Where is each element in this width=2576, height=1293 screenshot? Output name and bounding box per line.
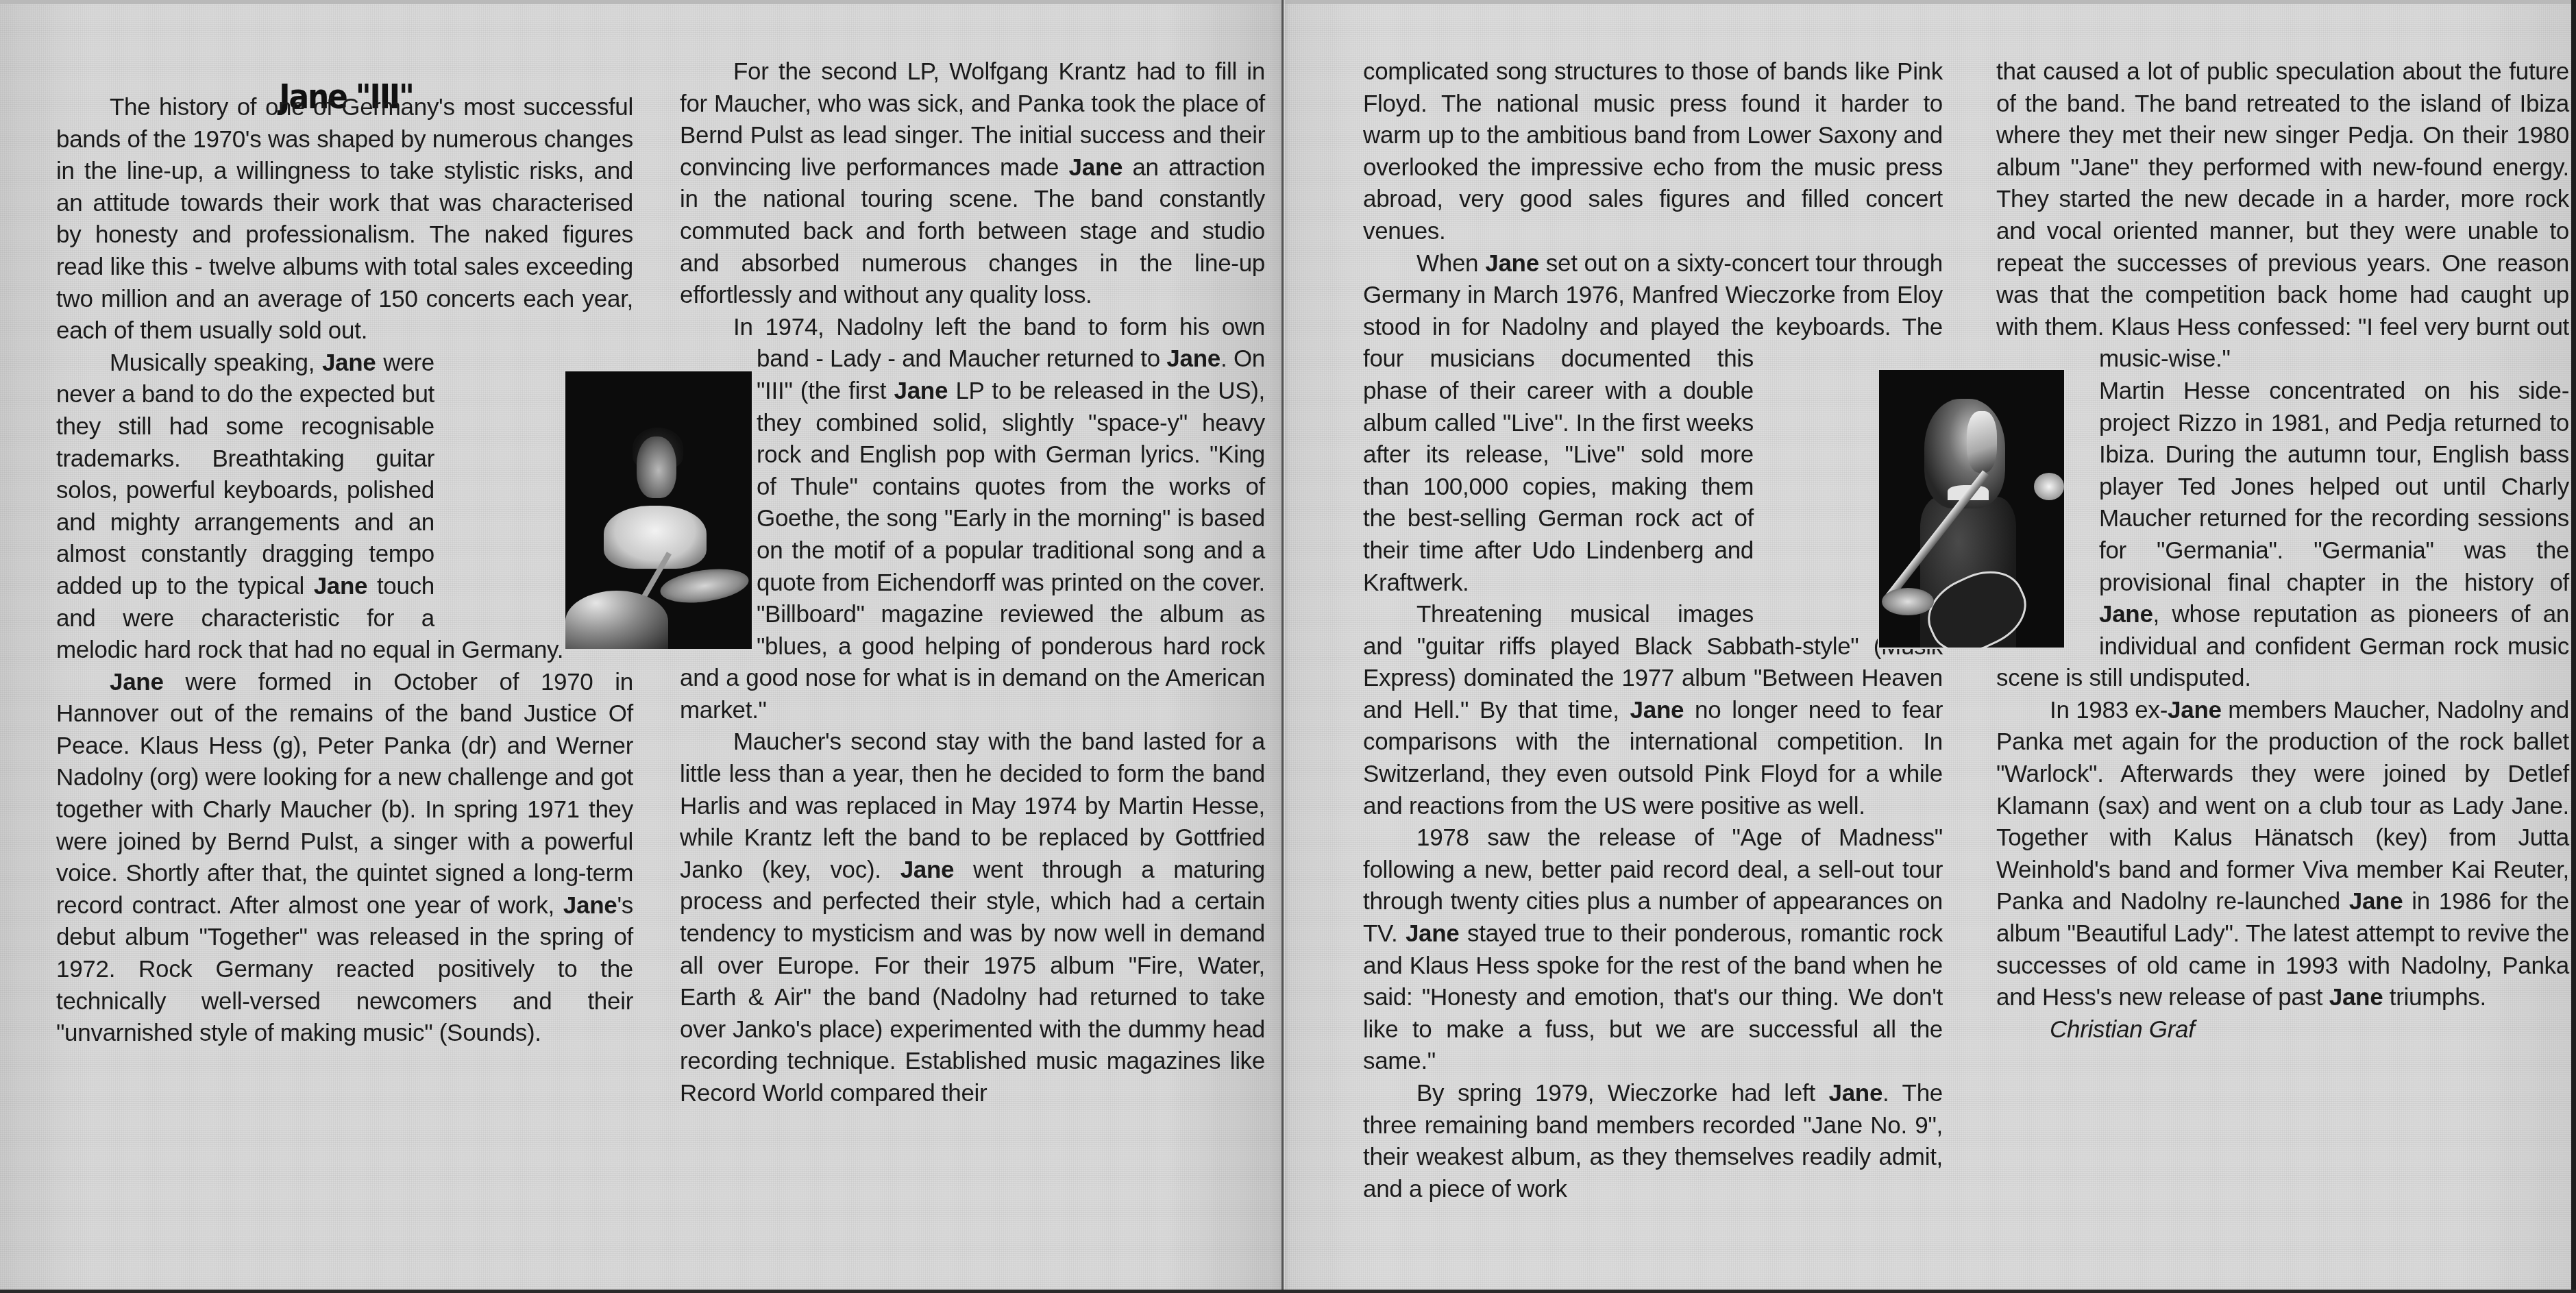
band-name: Jane: [110, 669, 164, 695]
photo-detail: [2034, 473, 2064, 500]
band-name: Jane: [894, 378, 948, 404]
paragraph: In 1983 ex-Jane members Maucher, Nadolny…: [1996, 695, 2569, 1014]
band-name: Jane: [1069, 154, 1123, 181]
text-column-2: For the second LP, Wolfgang Krantz had t…: [680, 56, 1265, 1110]
text-column-3: complicated song structures to those of …: [1363, 56, 1943, 1205]
photo-detail: [1967, 411, 1997, 473]
band-name: Jane: [2329, 984, 2383, 1011]
band-name: Jane: [1829, 1080, 1883, 1107]
band-name: Jane: [322, 349, 376, 376]
text-column-4: that caused a lot of public speculation …: [1996, 56, 2569, 1046]
photo-guitarist: [1878, 369, 2065, 649]
paragraph: For the second LP, Wolfgang Krantz had t…: [680, 56, 1265, 312]
photo-detail: [604, 506, 707, 569]
paragraph: Maucher's second stay with the band last…: [680, 726, 1265, 1109]
paragraph: The history of one of Germany's most suc…: [56, 92, 633, 347]
band-name: Jane: [563, 892, 617, 919]
paragraph: Threatening musical images and "guitar r…: [1363, 599, 1943, 822]
scan-bottom-edge: [0, 1290, 2576, 1293]
band-name: Jane: [1485, 250, 1539, 277]
center-fold: [1281, 0, 1284, 1293]
paragraph: complicated song structures to those of …: [1363, 56, 1943, 248]
scan-right-edge: [2571, 0, 2576, 1293]
photo-drummer: [564, 370, 753, 650]
page-divider: [1284, 0, 1285, 1293]
text-column-1: The history of one of Germany's most suc…: [56, 92, 633, 1050]
paragraph: In 1974, Nadolny left the band to form h…: [680, 312, 1265, 727]
photo-detail: [565, 591, 668, 650]
band-name: Jane: [1630, 697, 1684, 724]
band-name: Jane: [1166, 345, 1220, 372]
scan-top-edge: [0, 0, 2576, 4]
photo-detail: [637, 436, 676, 498]
band-name: Jane: [2099, 601, 2153, 628]
paragraph: that caused a lot of public speculation …: [1996, 56, 2569, 375]
band-name: Jane: [1406, 920, 1460, 947]
photo-detail: [1882, 588, 1934, 615]
paragraph: By spring 1979, Wieczorke had left Jane.…: [1363, 1078, 1943, 1205]
author-signature: Christian Graf: [1996, 1014, 2569, 1046]
booklet-spread: Jane "III" The history of one of Germany…: [0, 0, 2576, 1293]
band-name: Jane: [314, 573, 368, 600]
photo-detail: [658, 564, 750, 608]
band-name: Jane: [900, 857, 955, 883]
paragraph: Jane were formed in October of 1970 in H…: [56, 667, 633, 1050]
band-name: Jane: [2349, 888, 2403, 915]
paragraph: 1978 saw the release of "Age of Madness"…: [1363, 822, 1943, 1078]
band-name: Jane: [2168, 697, 2222, 724]
